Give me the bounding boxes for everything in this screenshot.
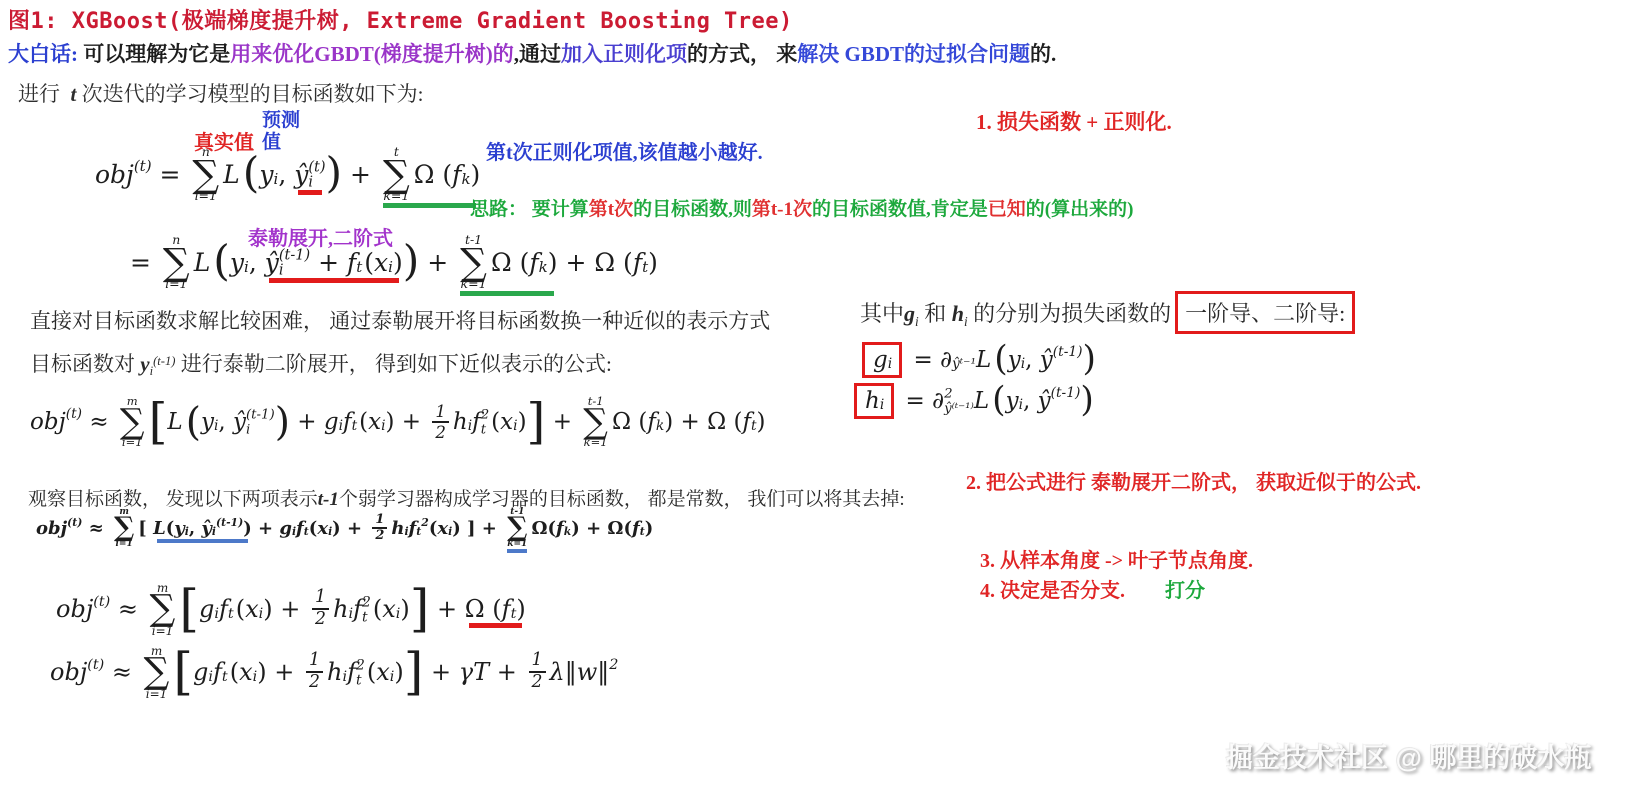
objective-formula-1: obj(t) = n∑i=1L(yi, ŷ(t)i) + t∑k=1Ω (fk) <box>95 146 480 203</box>
paragraph-observe-objective: 观察目标函数， 发现以下两项表示t-1个弱学习器构成学习器的目标函数， 都是常数… <box>28 484 905 511</box>
regularization-annotation: 第t次正则化项值,该值越小越好. <box>486 136 763 165</box>
red-note-4: 4. 决定是否分支. 打分 <box>980 574 1205 603</box>
paragraph-difficult-to-solve: 直接对目标函数求解比较困难， 通过泰勒展开将目标函数换一种近似的表示方式 <box>30 305 770 335</box>
gi-definition-formula: gi = ∂ŷᵗ⁻¹L(yi, ŷ(t-1)) <box>858 346 1096 374</box>
red-note-3: 3. 从样本角度 -> 叶子节点角度. <box>980 544 1253 573</box>
handwritten-approx-formula: obj(t) ≈ m∑i=1[ L(yi, ŷi(t-1)) + gift(xi… <box>36 508 653 549</box>
approx-objective-formula: obj(t) ≈ m∑i=1[L(yi, ŷ(t-1)i) + gift(xi)… <box>30 396 766 448</box>
document-page: 图1: XGBoost(极端梯度提升树, Extreme Gradient Bo… <box>0 0 1636 801</box>
hi-definition-formula: hi = ∂2ŷ⁽ᵗ⁻¹⁾L(yi, ŷ(t-1)) <box>850 386 1094 415</box>
red-note-1: 1. 损失函数 + 正则化. <box>976 106 1172 136</box>
iteration-intro-line: 进行 t 次迭代的学习模型的目标函数如下为: <box>18 78 423 108</box>
gi-hi-explanation-line: 其中gi 和 hi 的分别为损失函数的一阶导、二阶导: <box>860 296 1359 329</box>
final-regularized-formula: obj(t) ≈ m∑i=1[gift(xi) + 12hif2t(xi)] +… <box>50 645 618 700</box>
idea-note-green: 思路： 要计算第t次的目标函数,则第t-1次的目标函数值,肯定是已知的(算出来的… <box>470 194 1133 221</box>
paragraph-taylor-second-order: 目标函数对 yi(t-1) 进行泰勒二阶展开， 得到如下近似表示的公式: <box>30 348 612 378</box>
plain-explanation-line: 大白话: 可以理解为它是用来优化GBDT(梯度提升树)的,通过加入正则化项的方式… <box>8 38 1056 68</box>
red-note-2: 2. 把公式进行 泰勒展开二阶式， 获取近似于的公式. <box>966 466 1421 495</box>
watermark: 掘金技术社区 @ 哪里的破水瓶 <box>1226 736 1591 775</box>
objective-formula-2: = n∑i=1L(yi, ŷ(t-1)i + ft(xi)) + t-1∑k=1… <box>130 234 658 291</box>
simplified-formula: obj(t) ≈ m∑i=1[gift(xi) + 12hif2t(xi)] +… <box>56 582 526 637</box>
page-title: 图1: XGBoost(极端梯度提升树, Extreme Gradient Bo… <box>8 4 793 35</box>
